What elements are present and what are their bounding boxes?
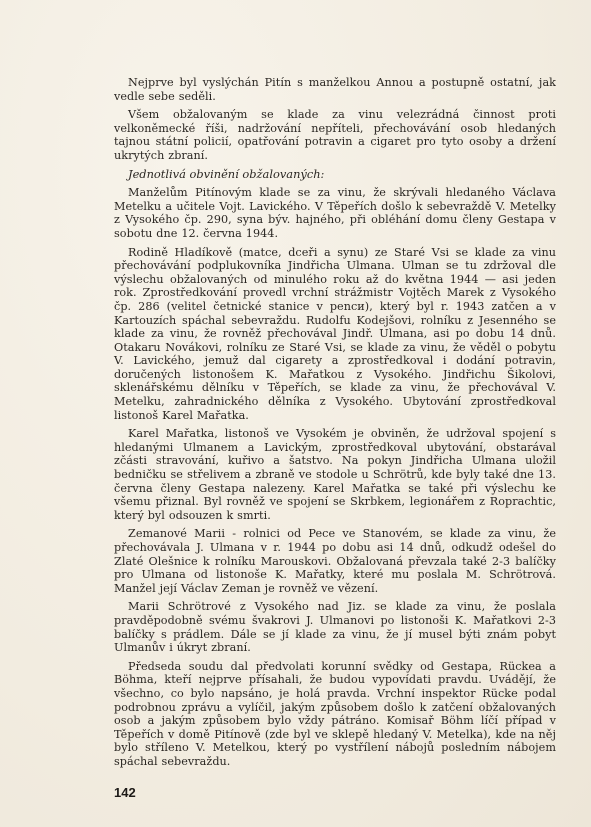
paragraph-interrogation: Nejprve byl vyslýchán Pitín s manželkou … [114,76,556,103]
paragraph-zemanova: Zemanové Marii - rolnici od Pece ve Stan… [114,527,556,595]
paragraph-charges-general: Všem obžalovaným se klade za vinu velezr… [114,108,556,162]
page-body: Nejprve byl vyslýchán Pitín s manželkou … [114,76,556,774]
paragraph-hladik-family: Rodině Hladíkově (matce, dceři a synu) z… [114,246,556,423]
paragraph-schrotrova: Marii Schrötrové z Vysokého nad Jiz. se … [114,600,556,654]
paragraph-witnesses: Předseda soudu dal předvolati korunní sv… [114,660,556,769]
page-number: 142 [114,785,136,800]
paragraph-maratka: Karel Mařatka, listonoš ve Vysokém je ob… [114,427,556,522]
paragraph-pitin-couple: Manželům Pitínovým klade se za vinu, že … [114,186,556,240]
section-heading-individual-charges: Jednotlivá obvinění obžalovaných: [114,168,556,182]
